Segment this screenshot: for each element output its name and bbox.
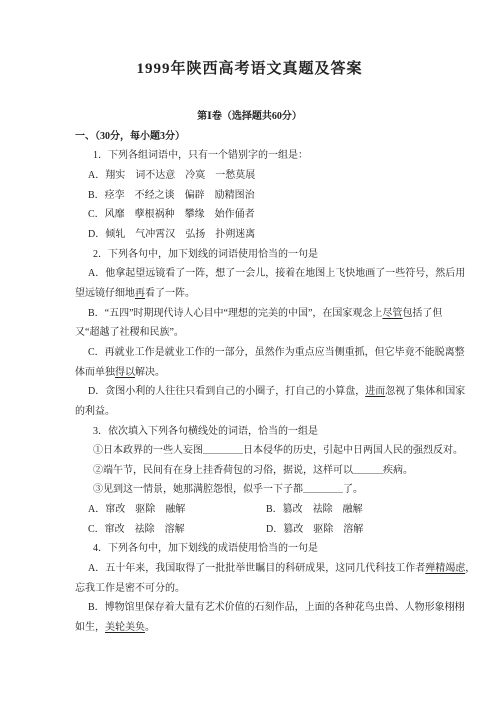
text-segment: D．篡改 驱除 溶解	[266, 524, 363, 535]
question-line: ①日本政界的一些人妄图＿＿＿＿日本侵华的历史，引起中日两国人民的强烈反对。	[0, 441, 499, 461]
text-segment: 忽视了集体和国家	[385, 386, 465, 397]
text-segment: B．博物馆里保存着大量有艺术价值的石刻作品，上面的各种花鸟虫兽、人物形象栩栩	[88, 602, 465, 613]
option-line: A．五十年来，我国取得了一批批举世瞩目的科研成果，这同几代科技工作者殚精竭虑，	[0, 559, 499, 579]
text-segment: 。	[145, 622, 155, 633]
text-segment: 如生，	[75, 622, 105, 633]
text-segment: C．再就业工作是就业工作的一部分，虽然作为重点应当侧重抓，但它毕竟不能脱离整	[88, 347, 465, 358]
question-line: 2．下列各句中，加下划线的词语使用恰当的一句是	[0, 245, 499, 265]
option-line: A．翔实 词不达意 冷寞 一愁莫展	[0, 166, 499, 186]
cont-line: 体而单独得以解决。	[0, 363, 499, 383]
option-line: B．痉孪 不经之谈 偏辟 励精图治	[0, 186, 499, 206]
text-segment: ②端午节，民间有在身上挂香荷包的习俗，据说，这样可以＿＿＿疾病。	[93, 465, 413, 476]
text-segment: 又“超越了社稷和民族”。	[75, 327, 184, 338]
text-segment: 望远镜仔细地	[75, 288, 135, 299]
underlined-phrase: 尽管	[382, 308, 402, 319]
text-segment: B．“五四”时期现代诗人心目中“理想的完美的中国”，在国家观念上	[88, 308, 382, 319]
cont-line: 望远镜仔细地再看了一阵。	[0, 284, 499, 304]
text-segment: 4．下列各句中，加下划线的成语使用恰当的一句是	[93, 543, 318, 554]
text-segment: A．他拿起望远镜看了一阵，想了一会儿，接着在地图上飞快地画了一些符号，然后用	[88, 268, 465, 279]
underlined-phrase: 得以	[115, 367, 135, 378]
text-segment: 包括了但	[402, 308, 442, 319]
option-line: B．“五四”时期现代诗人心目中“理想的完美的中国”，在国家观念上尽管包括了但	[0, 304, 499, 324]
text-segment: A．窜改 驱除 融解	[88, 504, 185, 515]
text-segment: D．贪图小利的人往往只看到自己的小圈子，打自己的小算盘，	[88, 386, 365, 397]
text-segment: ①日本政界的一些人妄图＿＿＿＿日本侵华的历史，引起中日两国人民的强烈反对。	[93, 445, 463, 456]
text-segment: C．窜改 祛除 溶解	[88, 524, 185, 535]
cont-line: 又“超越了社稷和民族”。	[0, 323, 499, 343]
text-segment: 看了一阵。	[145, 288, 195, 299]
option-line: D．贪图小利的人往往只看到自己的小圈子，打自己的小算盘，进而忽视了集体和国家	[0, 382, 499, 402]
underlined-phrase: 殚精竭虑	[425, 563, 465, 574]
volume-header: 第Ⅰ卷（选择题共60分）	[0, 107, 499, 127]
question-line: 1．下列各组词语中，只有一个错别字的一组是：	[0, 146, 499, 166]
text-segment: 一、（30分，每小题3分）	[75, 131, 185, 142]
option-cell: B．篡改 祛除 融解	[266, 500, 363, 520]
text-segment: B．痉孪 不经之谈 偏辟 励精图治	[88, 190, 255, 201]
text-segment: ③见到这一情景，她那满腔怨恨，似乎一下子都＿＿＿＿了。	[93, 484, 363, 495]
option-line: A．他拿起望远镜看了一阵，想了一会儿，接着在地图上飞快地画了一些符号，然后用	[0, 264, 499, 284]
text-segment: 3．依次填入下列各句横线处的词语，恰当的一组是	[93, 426, 318, 437]
question-line: ③见到这一情景，她那满腔怨恨，似乎一下子都＿＿＿＿了。	[0, 480, 499, 500]
option-line: B．博物馆里保存着大量有艺术价值的石刻作品，上面的各种花鸟虫兽、人物形象栩栩	[0, 598, 499, 618]
option-cell: C．窜改 祛除 溶解	[88, 520, 266, 540]
option-line: C．再就业工作是就业工作的一部分，虽然作为重点应当侧重抓，但它毕竟不能脱离整	[0, 343, 499, 363]
text-segment: B．篡改 祛除 融解	[266, 504, 363, 515]
part-line: 一、（30分，每小题3分）	[0, 127, 499, 147]
option-cell: D．篡改 驱除 溶解	[266, 520, 363, 540]
document-body: 一、（30分，每小题3分）1．下列各组词语中，只有一个错别字的一组是：A．翔实 …	[0, 127, 499, 638]
option-cell: A．窜改 驱除 融解	[88, 500, 266, 520]
cont-line: 的利益。	[0, 402, 499, 422]
text-segment: D．倾轧 气冲霄汉 弘扬 扑朔迷离	[88, 229, 255, 240]
text-segment: 体而单独	[75, 367, 115, 378]
text-segment: C．风靡 孽根祸种 攀缘 始作俑者	[88, 209, 255, 220]
option-line: D．倾轧 气冲霄汉 弘扬 扑朔迷离	[0, 225, 499, 245]
underlined-phrase: 进而	[365, 386, 385, 397]
underlined-phrase: 再	[135, 288, 145, 299]
cont-line: 如生，美轮美奂。	[0, 618, 499, 638]
question-line: 4．下列各句中，加下划线的成语使用恰当的一句是	[0, 539, 499, 559]
option-line: C．风靡 孽根祸种 攀缘 始作俑者	[0, 205, 499, 225]
text-segment: 2．下列各句中，加下划线的词语使用恰当的一句是	[93, 249, 318, 260]
option-row: A．窜改 驱除 融解B．篡改 祛除 融解	[0, 500, 499, 520]
text-segment: 解决。	[135, 367, 165, 378]
text-segment: 忘我工作是密不可分的。	[75, 583, 185, 594]
question-line: 3．依次填入下列各句横线处的词语，恰当的一组是	[0, 422, 499, 442]
page-title: 1999年陕西高考语文真题及答案	[0, 57, 499, 81]
text-segment: 的利益。	[75, 406, 115, 417]
text-segment: A．翔实 词不达意 冷寞 一愁莫展	[88, 170, 255, 181]
text-segment: ，	[465, 563, 475, 574]
text-segment: 1．下列各组词语中，只有一个错别字的一组是：	[93, 150, 308, 161]
question-line: ②端午节，民间有在身上挂香荷包的习俗，据说，这样可以＿＿＿疾病。	[0, 461, 499, 481]
underlined-phrase: 美轮美奂	[105, 622, 145, 633]
option-row: C．窜改 祛除 溶解D．篡改 驱除 溶解	[0, 520, 499, 540]
cont-line: 忘我工作是密不可分的。	[0, 579, 499, 599]
text-segment: A．五十年来，我国取得了一批批举世瞩目的科研成果，这同几代科技工作者	[88, 563, 425, 574]
exam-page: 1999年陕西高考语文真题及答案 第Ⅰ卷（选择题共60分） 一、（30分，每小题…	[0, 0, 499, 638]
